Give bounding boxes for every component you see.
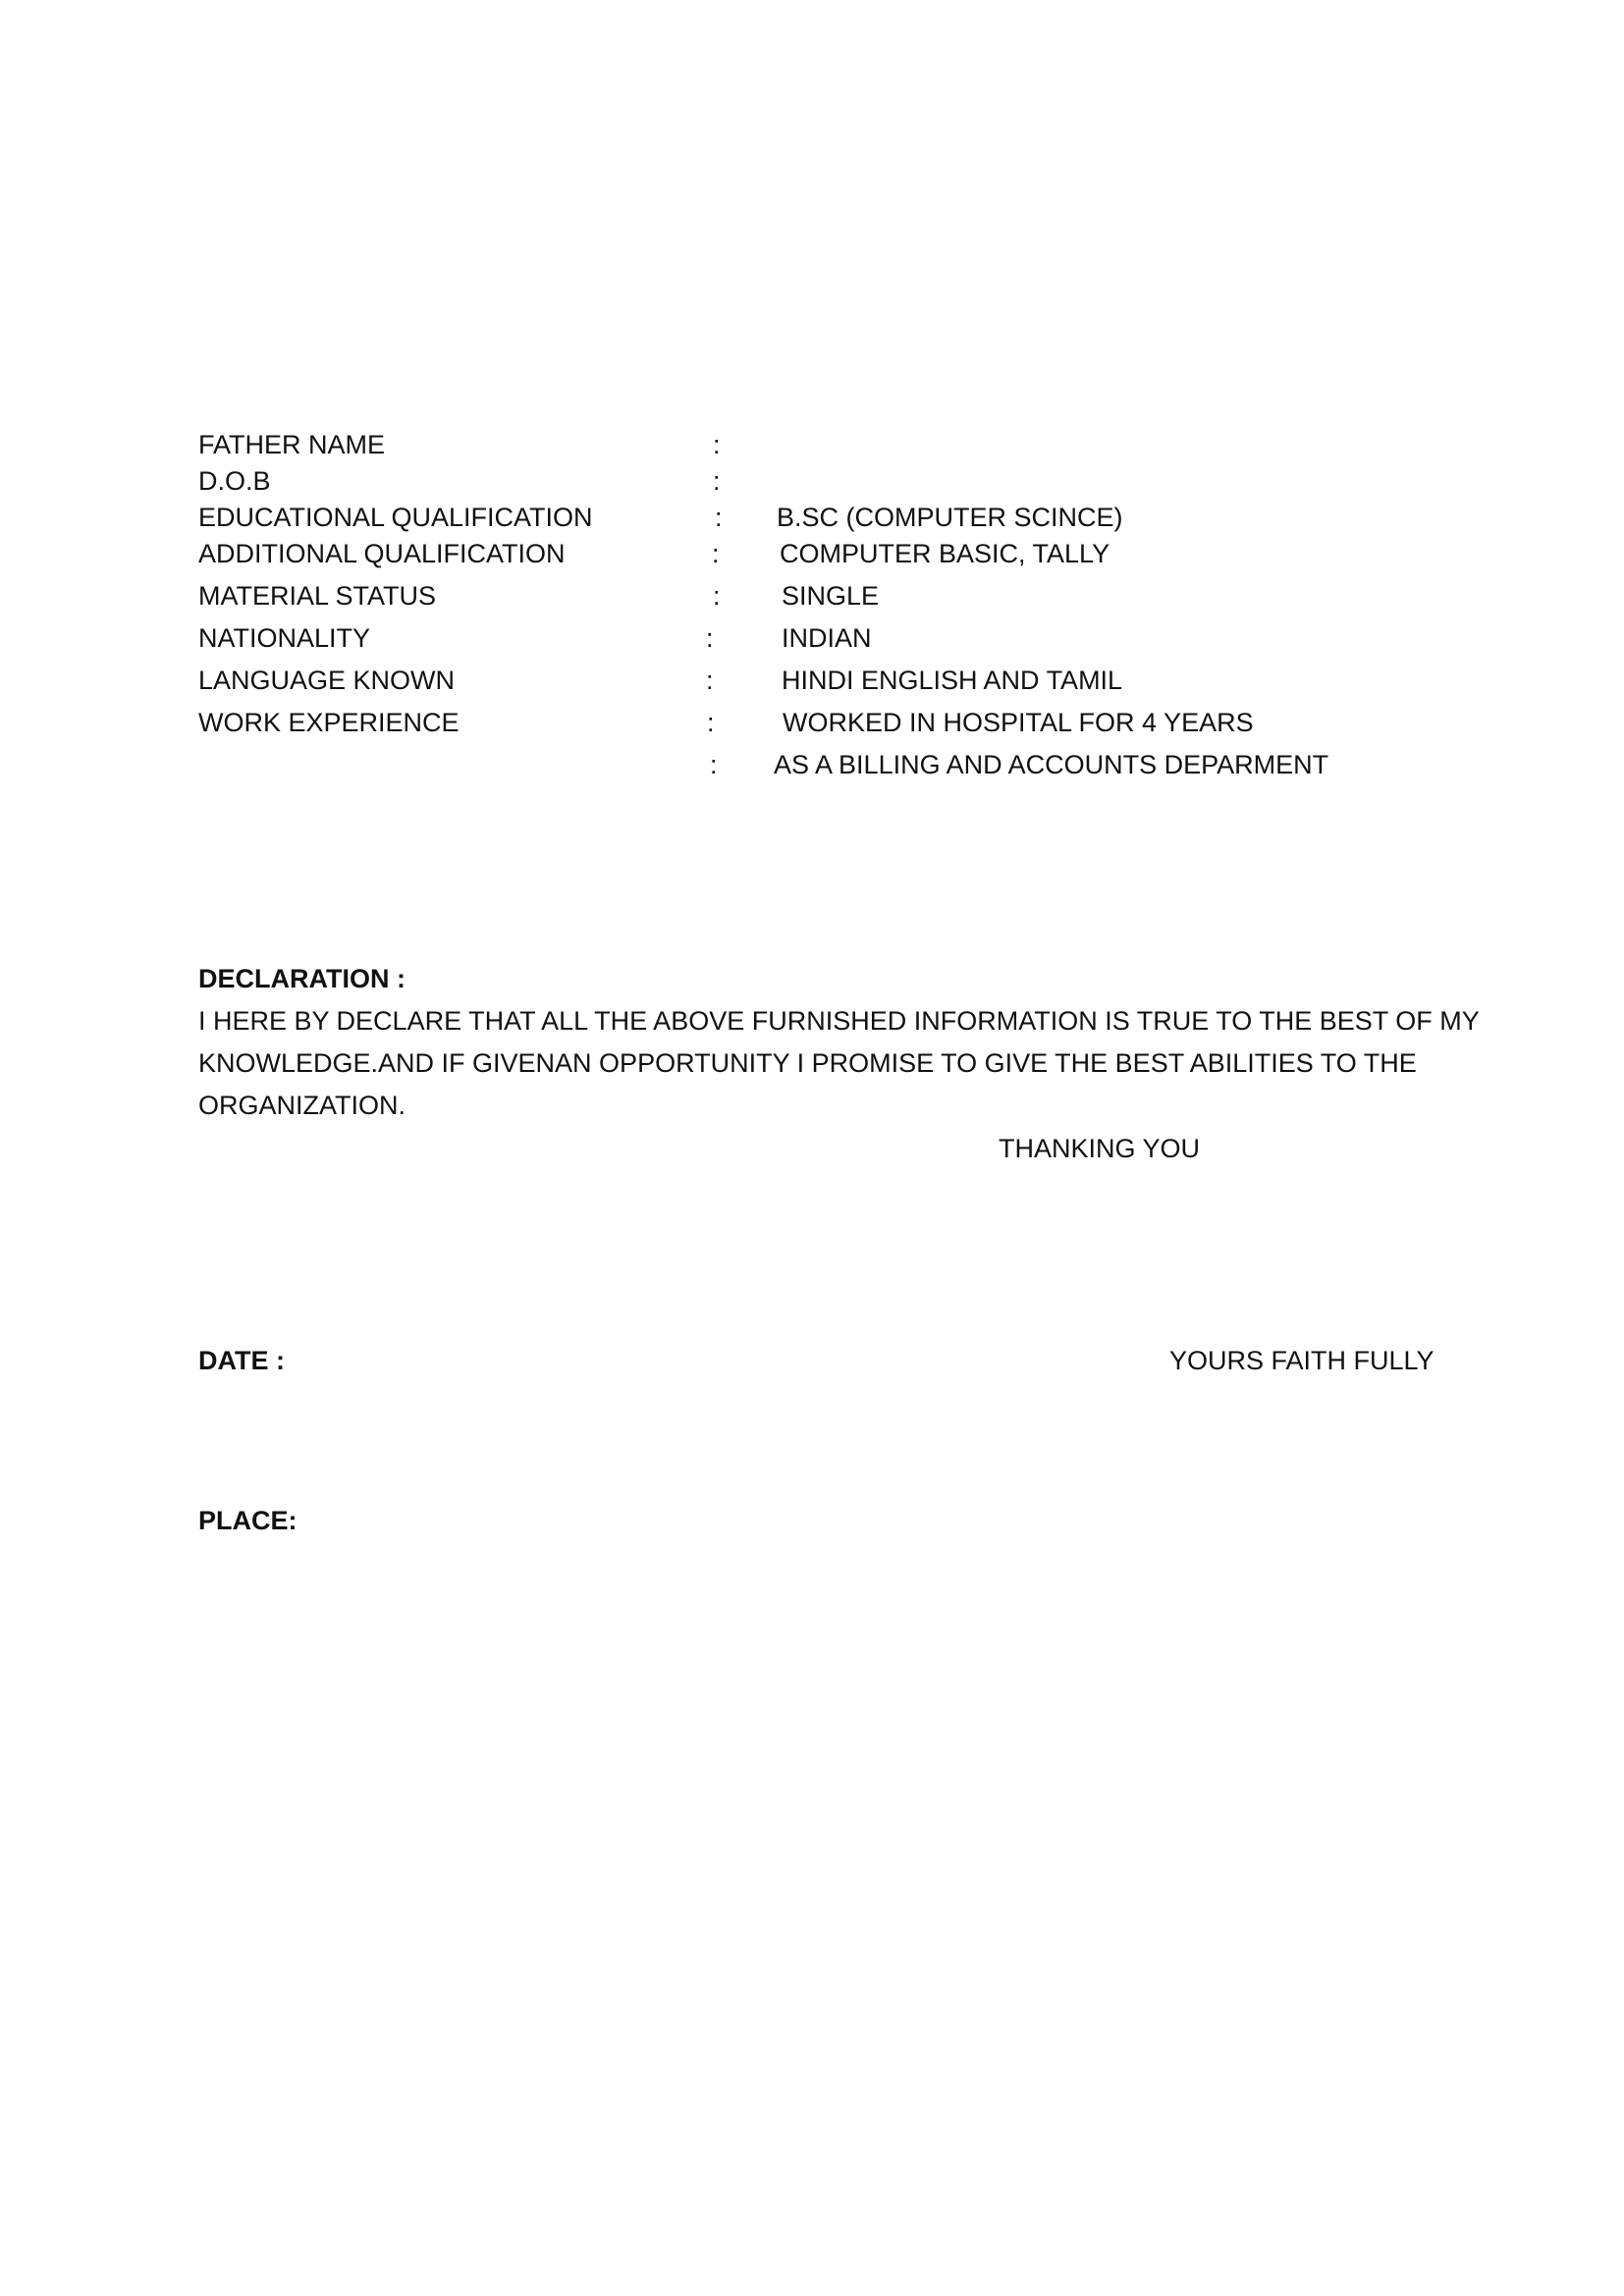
detail-colon: : [713, 432, 721, 458]
declaration-line: I HERE BY DECLARE THAT ALL THE ABOVE FUR… [198, 1008, 1480, 1035]
detail-label-marital-status: MATERIAL STATUS [198, 583, 436, 610]
detail-colon: : [713, 583, 721, 610]
place-label: PLACE: [198, 1508, 298, 1534]
detail-label-nationality: NATIONALITY [198, 625, 370, 652]
detail-label-dob: D.O.B [198, 468, 271, 495]
document-page: FATHER NAME : D.O.B : EDUCATIONAL QUALIF… [0, 0, 1624, 2296]
detail-colon: : [715, 505, 723, 531]
detail-label-additional: ADDITIONAL QUALIFICATION [198, 541, 566, 567]
detail-value-marital-status: SINGLE [782, 583, 879, 610]
detail-colon: : [712, 541, 720, 567]
date-label: DATE : [198, 1348, 285, 1374]
detail-colon: : [706, 625, 714, 652]
detail-label-education: EDUCATIONAL QUALIFICATION [198, 505, 593, 531]
detail-value-work-experience: WORKED IN HOSPITAL FOR 4 YEARS [783, 710, 1254, 736]
detail-colon: : [707, 710, 715, 736]
detail-value-work-experience-cont: AS A BILLING AND ACCOUNTS DEPARMENT [774, 752, 1328, 778]
detail-colon: : [710, 752, 718, 778]
detail-colon: : [713, 468, 721, 495]
detail-label-languages: LANGUAGE KNOWN [198, 667, 455, 694]
signoff: YOURS FAITH FULLY [1169, 1348, 1435, 1374]
declaration-heading: DECLARATION : [198, 966, 406, 992]
closing-thanks: THANKING YOU [999, 1136, 1200, 1162]
declaration-line: KNOWLEDGE.AND IF GIVENAN OPPORTUNITY I P… [198, 1050, 1417, 1077]
detail-value-additional: COMPUTER BASIC, TALLY [780, 541, 1110, 567]
detail-label-father-name: FATHER NAME [198, 432, 385, 458]
declaration-line: ORGANIZATION. [198, 1093, 406, 1119]
detail-value-languages: HINDI ENGLISH AND TAMIL [782, 667, 1122, 694]
detail-colon: : [706, 667, 714, 694]
detail-value-education: B.SC (COMPUTER SCINCE) [777, 505, 1123, 531]
detail-label-work-experience: WORK EXPERIENCE [198, 710, 460, 736]
detail-value-nationality: INDIAN [782, 625, 872, 652]
